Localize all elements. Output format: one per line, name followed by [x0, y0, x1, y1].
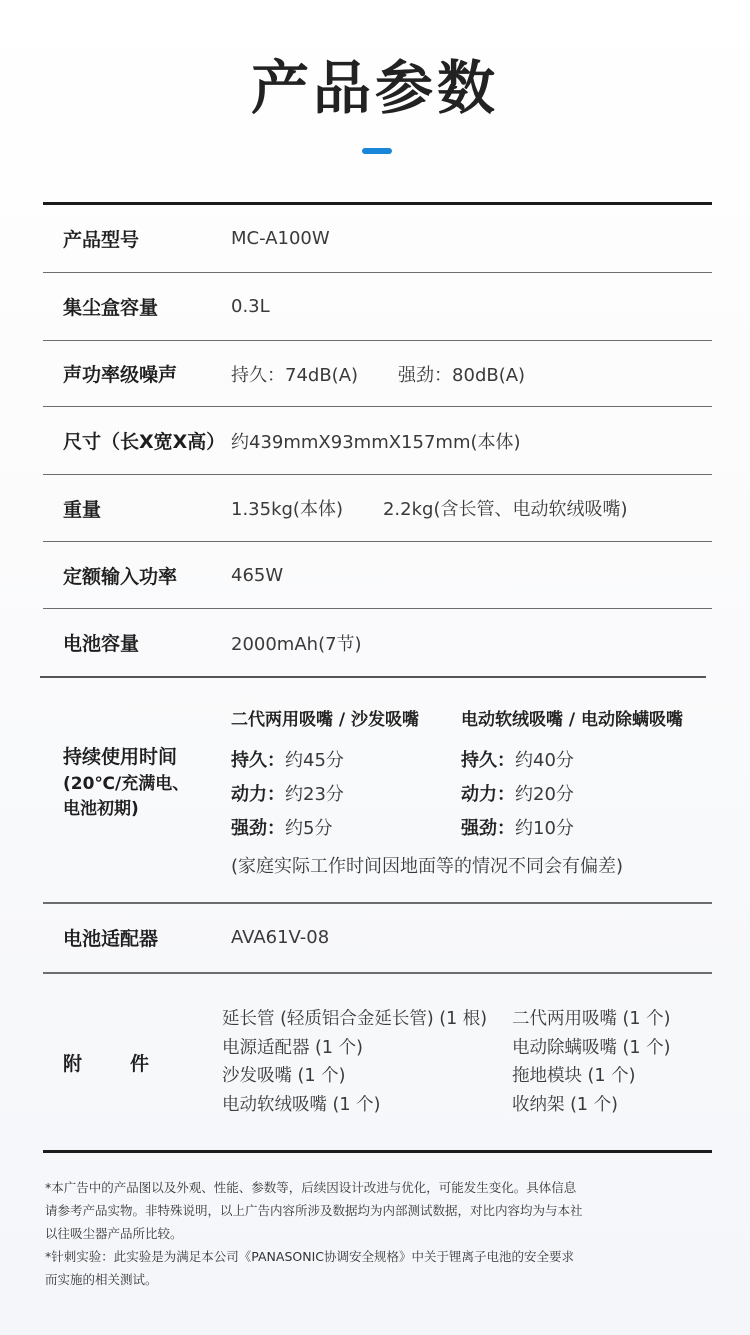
accessory-item: 延长管 (轻质铝合金延长管) (1 根)	[222, 1005, 512, 1034]
runtime-column-heading: 电动软绒吸嘴 / 电动除螨吸嘴	[461, 708, 711, 744]
spec-row-power: 定额输入功率 465W	[43, 542, 712, 609]
runtime-line: 持久：约45分	[231, 744, 461, 778]
accessory-item: 拖地模块 (1 个)	[512, 1062, 712, 1091]
spec-table: 产品型号 MC-A100W 集尘盒容量 0.3L 声功率级噪声 持久：74dB(…	[43, 202, 712, 1153]
noise-max: 强劲：80dB(A)	[398, 365, 525, 386]
spec-row-weight: 重量 1.35kg(本体)2.2kg(含长管、电动软绒吸嘴)	[43, 475, 712, 542]
accessory-item: 沙发吸嘴 (1 个)	[222, 1062, 512, 1091]
spec-label: 附件	[43, 1049, 222, 1076]
runtime-condition-2: 电池初期)	[63, 798, 231, 820]
footnotes: *本广告中的产品图以及外观、性能、参数等，后续因设计改进与优化，可能发生变化。具…	[45, 1176, 645, 1291]
runtime-line: 持久：约40分	[461, 744, 711, 778]
spec-label: 定额输入功率	[43, 562, 231, 589]
spec-row-size: 尺寸（长X宽X高） 约439mmX93mmX157mm(本体)	[43, 407, 712, 475]
spec-label: 尺寸（长X宽X高）	[43, 427, 231, 454]
footnote-line: *针刺实验：此实验是为满足本公司《PANASONIC协调安全规格》中关于锂离子电…	[45, 1245, 645, 1268]
runtime-note: (家庭实际工作时间因地面等的情况不同会有偏差)	[231, 852, 711, 878]
spec-value: 持久：74dB(A)强劲：80dB(A)	[231, 361, 525, 387]
page-title: 产品参数	[0, 52, 750, 124]
spec-value: 465W	[231, 565, 283, 586]
runtime-column-heading: 二代两用吸嘴 / 沙发吸嘴	[231, 708, 461, 744]
spec-value: 2000mAh(7节)	[231, 630, 362, 656]
spec-label: 重量	[43, 495, 231, 522]
footnote-line: 请参考产品实物。非特殊说明，以上广告内容所涉及数据均为内部测试数据，对比内容均为…	[45, 1199, 645, 1222]
spec-row-adapter: 电池适配器 AVA61V-08	[43, 903, 712, 973]
spec-label: 声功率级噪声	[43, 360, 231, 387]
spec-label: 集尘盒容量	[43, 293, 231, 320]
footnote-line: 以往吸尘器产品所比较。	[45, 1222, 645, 1245]
runtime-line: 强劲：约10分	[461, 812, 711, 846]
title-accent-bar	[362, 148, 392, 154]
runtime-line: 动力：约20分	[461, 778, 711, 812]
accessory-item: 电动除螨吸嘴 (1 个)	[512, 1034, 712, 1063]
spec-label: 电池容量	[43, 629, 231, 656]
runtime-line: 动力：约23分	[231, 778, 461, 812]
accessory-item: 收纳架 (1 个)	[512, 1091, 712, 1120]
spec-row-noise: 声功率级噪声 持久：74dB(A)强劲：80dB(A)	[43, 341, 712, 407]
spec-value: 1.35kg(本体)2.2kg(含长管、电动软绒吸嘴)	[231, 495, 628, 521]
runtime-line: 强劲：约5分	[231, 812, 461, 846]
spec-value: 0.3L	[231, 296, 270, 317]
accessory-item: 电动软绒吸嘴 (1 个)	[222, 1091, 512, 1120]
spec-row-battery: 电池容量 2000mAh(7节)	[43, 609, 712, 676]
runtime-condition-1: (20℃/充满电、	[63, 770, 231, 798]
weight-full: 2.2kg(含长管、电动软绒吸嘴)	[383, 499, 628, 520]
spec-row-accessories: 附件 延长管 (轻质铝合金延长管) (1 根) 二代两用吸嘴 (1 个) 电源适…	[43, 974, 712, 1150]
spec-value: 约439mmX93mmX157mm(本体)	[231, 428, 521, 454]
spec-value: MC-A100W	[231, 228, 330, 249]
noise-eco: 持久：74dB(A)	[231, 365, 358, 386]
spec-label: 产品型号	[43, 225, 231, 252]
footnote-line: 而实施的相关测试。	[45, 1268, 645, 1291]
weight-body: 1.35kg(本体)	[231, 499, 343, 520]
accessory-item: 二代两用吸嘴 (1 个)	[512, 1005, 712, 1034]
runtime-label: 持续使用时间	[63, 746, 177, 768]
runtime-column: 电动软绒吸嘴 / 电动除螨吸嘴 持久：约40分 动力：约20分 强劲：约10分	[461, 708, 711, 846]
spec-row-dust-capacity: 集尘盒容量 0.3L	[43, 273, 712, 341]
accessory-list: 延长管 (轻质铝合金延长管) (1 根) 二代两用吸嘴 (1 个) 电源适配器 …	[222, 1005, 712, 1119]
table-bottom-rule	[43, 1150, 712, 1153]
runtime-details: 二代两用吸嘴 / 沙发吸嘴 持久：约45分 动力：约23分 强劲：约5分 电动软…	[231, 678, 711, 878]
spec-label: 持续使用时间 (20℃/充满电、 电池初期)	[43, 678, 231, 820]
runtime-column: 二代两用吸嘴 / 沙发吸嘴 持久：约45分 动力：约23分 强劲：约5分	[231, 708, 461, 846]
footnote-line: *本广告中的产品图以及外观、性能、参数等，后续因设计改进与优化，可能发生变化。具…	[45, 1176, 645, 1199]
spec-row-runtime: 持续使用时间 (20℃/充满电、 电池初期) 二代两用吸嘴 / 沙发吸嘴 持久：…	[43, 678, 712, 903]
spec-value: AVA61V-08	[231, 927, 329, 948]
accessory-item: 电源适配器 (1 个)	[222, 1034, 512, 1063]
spec-label: 电池适配器	[43, 924, 231, 951]
spec-row-model: 产品型号 MC-A100W	[43, 205, 712, 273]
